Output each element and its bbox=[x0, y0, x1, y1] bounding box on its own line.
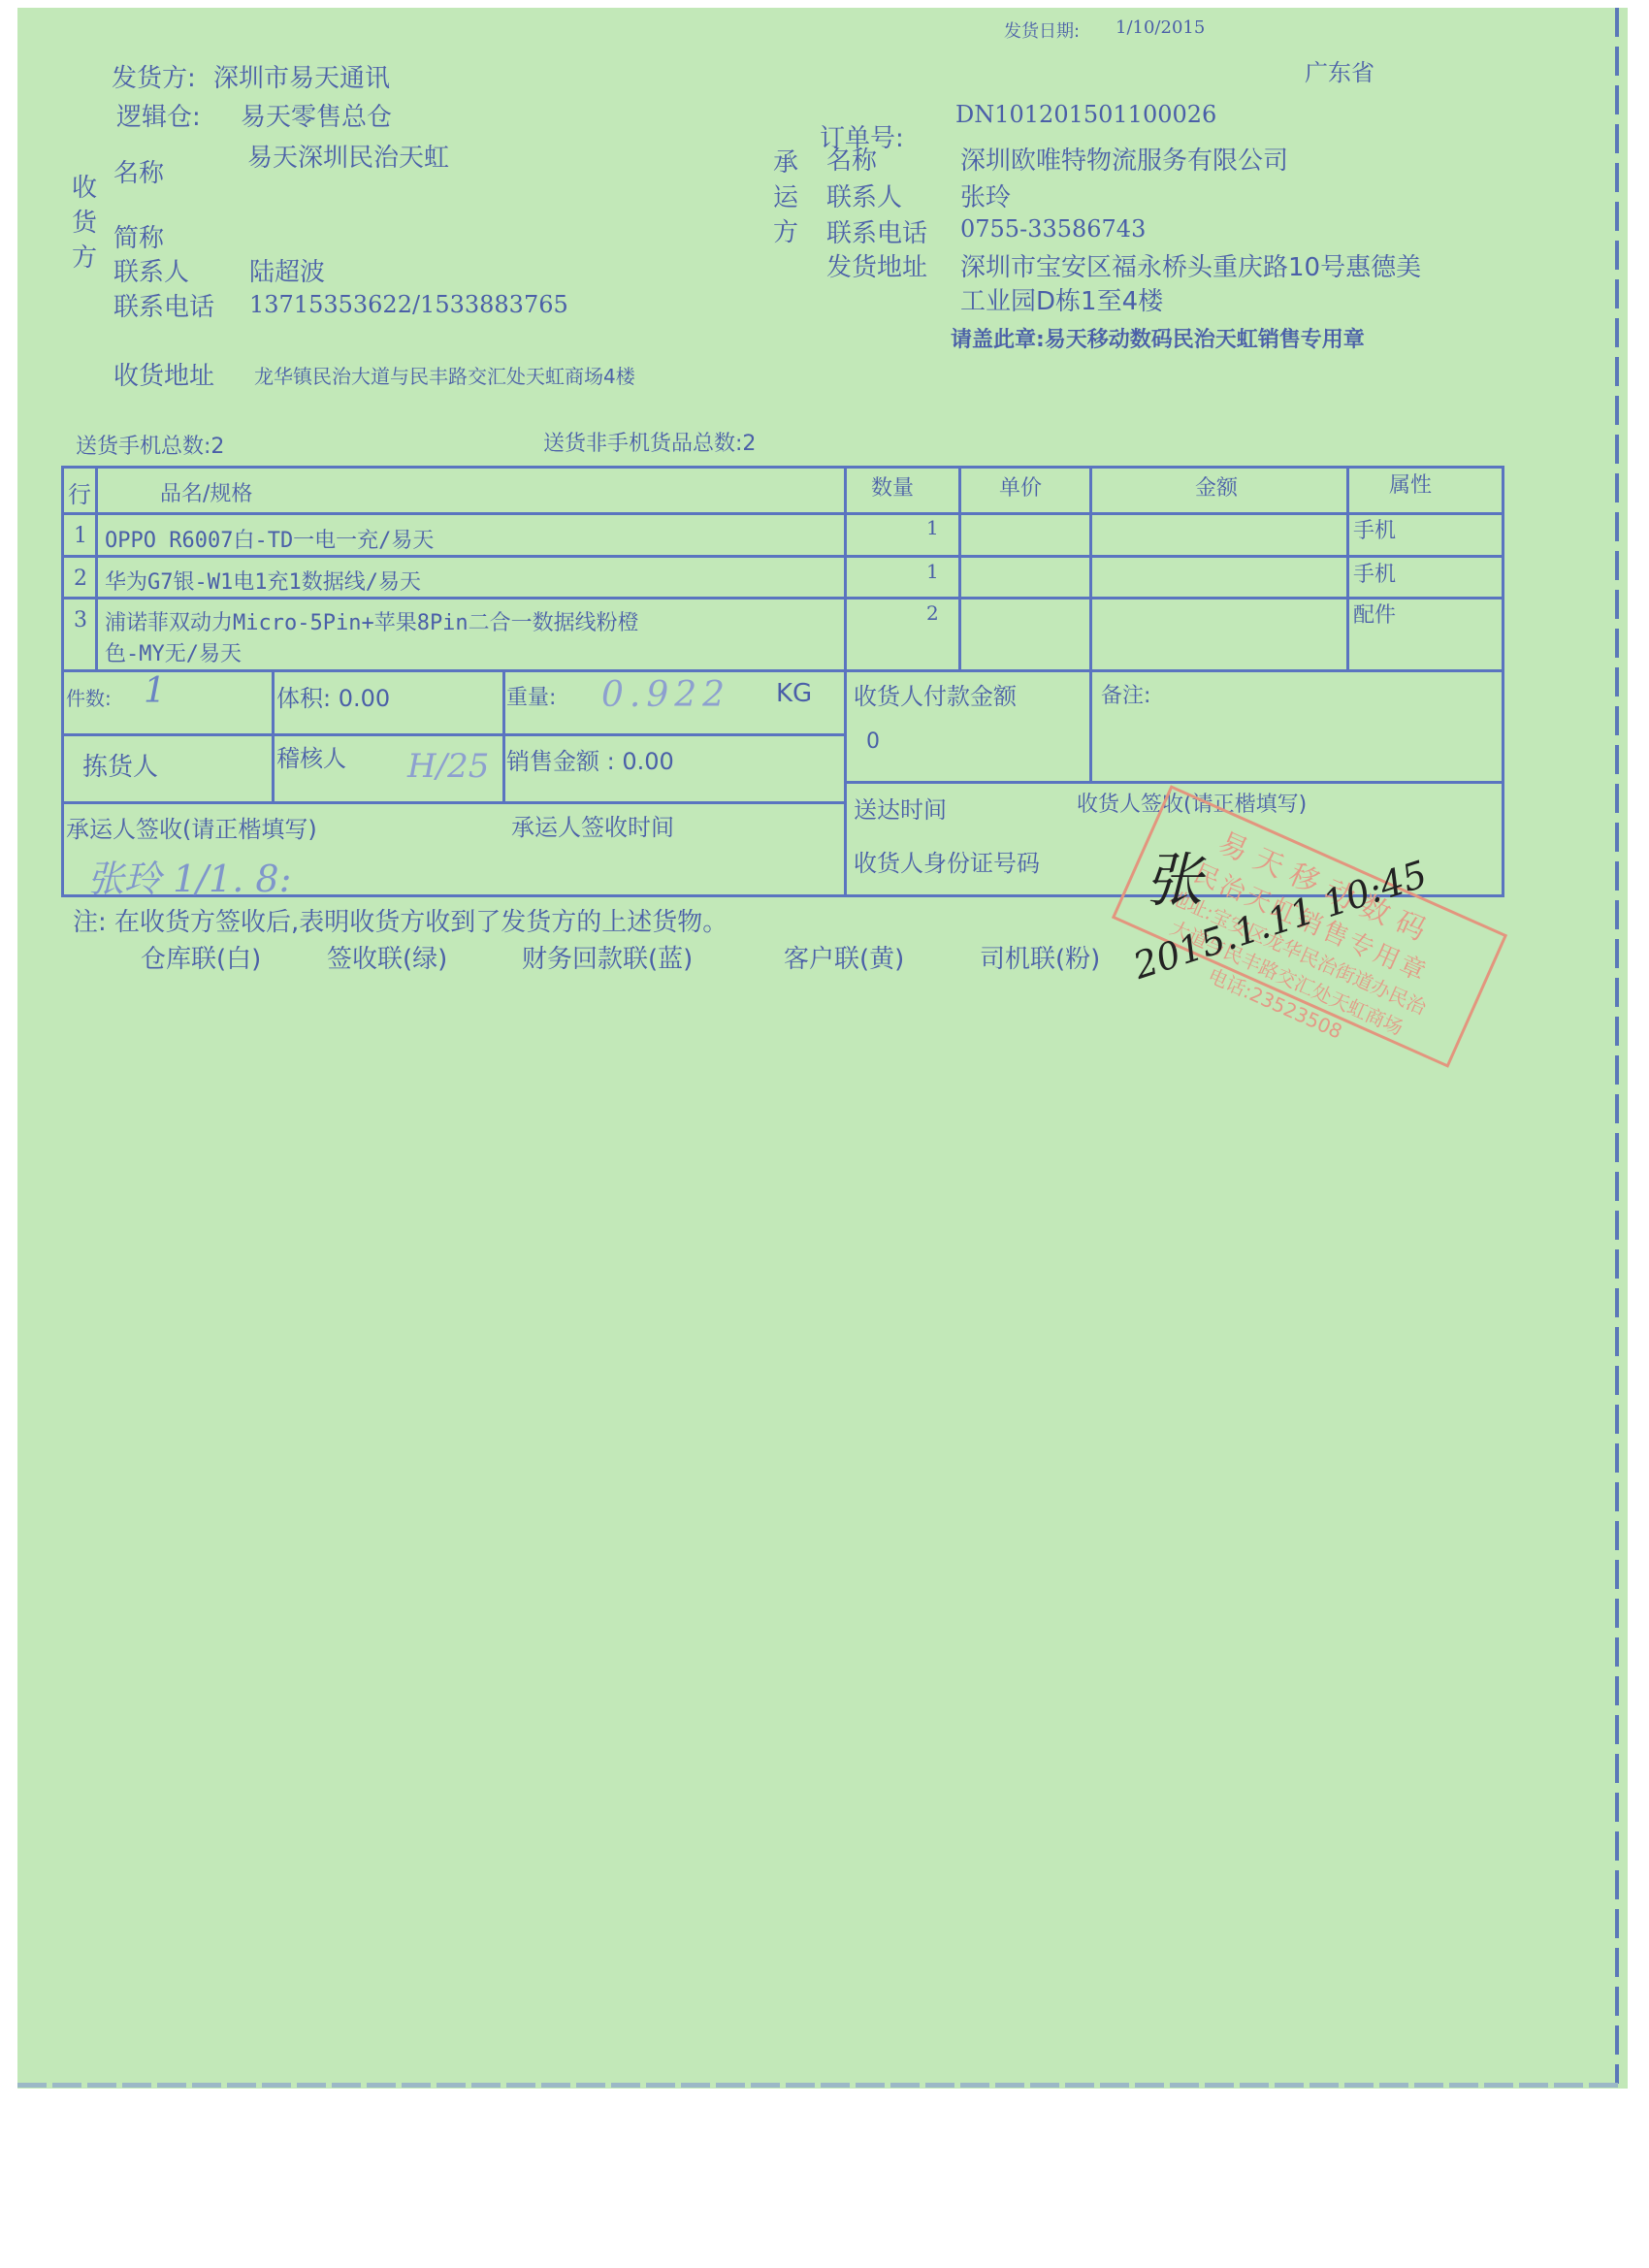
weight-label: 重量: bbox=[506, 681, 556, 711]
perforation-right bbox=[1615, 8, 1619, 2084]
ship-date: 1/10/2015 bbox=[1115, 17, 1205, 38]
col-header-attr: 属性 bbox=[1389, 469, 1432, 499]
carrier-sign-label: 承运人签收(请正楷填写) bbox=[66, 810, 317, 844]
warehouse-label: 逻辑仓: bbox=[116, 97, 201, 133]
item-name: OPPO R6007白-TD一电一充/易天 bbox=[105, 524, 434, 554]
summary-col-divider bbox=[272, 669, 275, 801]
consignee-contact-value: 陆超波 bbox=[249, 252, 325, 288]
table-border-top bbox=[61, 466, 1503, 469]
item-name: 浦诺菲双动力Micro-5Pin+苹果8Pin二合一数据线粉橙 bbox=[105, 606, 639, 636]
table-header-bottom bbox=[61, 512, 1503, 515]
item-qty: 1 bbox=[926, 516, 939, 539]
stamp-note: 请盖此章:易天移动数码民治天虹销售专用章 bbox=[951, 323, 1365, 353]
carrier-name-value: 深圳欧唯特物流服务有限公司 bbox=[960, 141, 1288, 177]
table-col-divider bbox=[1346, 466, 1349, 669]
consignee-section-label: 收 货 方 bbox=[70, 171, 99, 275]
col-header-amount: 金额 bbox=[1195, 471, 1238, 502]
col-header-name: 品名/规格 bbox=[160, 477, 252, 507]
consignee-contact-label: 联系人 bbox=[113, 252, 189, 288]
item-name-continued: 色-MY无/易天 bbox=[105, 637, 242, 667]
consignee-phone-label: 联系电话 bbox=[113, 287, 214, 323]
col-header-unit-price: 单价 bbox=[999, 471, 1042, 502]
table-row-divider bbox=[61, 597, 1503, 599]
carrier-address-line2: 工业园D栋1至4楼 bbox=[960, 281, 1163, 317]
sales-amount-label: 销售金额 : 0.00 bbox=[506, 742, 674, 776]
table-row-divider bbox=[61, 669, 1503, 672]
consignee-phone-value: 13715353622/1533883765 bbox=[249, 291, 568, 318]
remarks-label: 备注: bbox=[1101, 679, 1150, 709]
row-number: 2 bbox=[74, 567, 87, 591]
table-col-divider bbox=[844, 466, 847, 897]
item-attr: 手机 bbox=[1353, 514, 1396, 544]
consignee-address-value: 龙华镇民治大道与民丰路交汇处天虹商场4楼 bbox=[254, 361, 635, 389]
volume-label: 体积: 0.00 bbox=[276, 679, 390, 713]
item-qty: 1 bbox=[926, 560, 939, 583]
auditor-label: 稽核人 bbox=[276, 739, 346, 773]
row-number: 3 bbox=[74, 608, 87, 632]
summary-divider bbox=[847, 781, 1503, 784]
perforation-bottom bbox=[17, 2083, 1618, 2088]
order-no-value: DN101201501100026 bbox=[955, 101, 1216, 128]
table-col-divider bbox=[95, 466, 98, 669]
payment-value: 0 bbox=[866, 729, 880, 754]
item-attr: 配件 bbox=[1353, 599, 1396, 629]
carrier-address-line1: 深圳市宝安区福永桥头重庆路10号惠德美 bbox=[960, 247, 1421, 283]
receiver-signature: 张 bbox=[1145, 834, 1203, 918]
consignee-address-label: 收货地址 bbox=[113, 356, 214, 392]
payment-label: 收货人付款金额 bbox=[854, 677, 1017, 711]
item-name: 华为G7银-W1电1充1数据线/易天 bbox=[105, 566, 421, 596]
carrier-sign-time-label: 承运人签收时间 bbox=[511, 808, 674, 842]
pieces-label: 件数: bbox=[66, 683, 112, 711]
consignee-name-label: 名称 bbox=[113, 153, 164, 189]
copy-warehouse: 仓库联(白) bbox=[141, 939, 261, 975]
summary-col-divider bbox=[502, 669, 505, 801]
carrier-contact-value: 张玲 bbox=[960, 178, 1011, 213]
auditor-signature: H/25 bbox=[407, 747, 489, 786]
col-header-row: 行 bbox=[68, 475, 91, 509]
pieces-value: 1 bbox=[144, 671, 166, 711]
ship-date-label: 发货日期: bbox=[1004, 17, 1080, 43]
item-attr: 手机 bbox=[1353, 558, 1396, 588]
item-qty: 2 bbox=[926, 601, 939, 625]
row-number: 1 bbox=[74, 524, 87, 548]
carrier-address-label: 发货地址 bbox=[826, 247, 927, 283]
table-border-left bbox=[61, 466, 64, 897]
province: 广东省 bbox=[1305, 53, 1374, 87]
shipper-value: 深圳市易天通讯 bbox=[213, 58, 390, 94]
footer-note: 注: 在收货方签收后,表明收货方收到了发货方的上述货物。 bbox=[73, 902, 727, 938]
delivery-time-label: 送达时间 bbox=[854, 791, 947, 825]
weight-unit: KG bbox=[776, 679, 812, 708]
copy-customer: 客户联(黄) bbox=[784, 939, 904, 975]
table-col-divider bbox=[1089, 466, 1092, 784]
phones-total: 送货手机总数:2 bbox=[76, 430, 224, 460]
carrier-name-label: 名称 bbox=[826, 141, 877, 177]
summary-divider bbox=[61, 733, 847, 736]
carrier-phone-value: 0755-33586743 bbox=[960, 215, 1146, 243]
copy-finance: 财务回款联(蓝) bbox=[522, 939, 693, 975]
carrier-section-label: 承 运 方 bbox=[771, 146, 800, 250]
col-header-qty: 数量 bbox=[871, 471, 914, 502]
non-phones-total: 送货非手机货品总数:2 bbox=[543, 427, 756, 457]
table-row-divider bbox=[61, 555, 1503, 558]
copy-driver: 司机联(粉) bbox=[980, 939, 1100, 975]
shipper-label: 发货方: bbox=[112, 58, 196, 94]
picker-label: 拣货人 bbox=[82, 747, 158, 783]
warehouse-value: 易天零售总仓 bbox=[241, 97, 392, 133]
carrier-contact-label: 联系人 bbox=[826, 178, 902, 213]
carrier-signature: 张玲 1/1. 8: bbox=[87, 849, 291, 902]
carrier-phone-label: 联系电话 bbox=[826, 213, 927, 249]
table-col-divider bbox=[958, 466, 961, 669]
receiver-id-label: 收货人身份证号码 bbox=[854, 844, 1040, 878]
summary-divider bbox=[61, 801, 847, 804]
table-border-right bbox=[1502, 466, 1504, 897]
copy-receipt: 签收联(绿) bbox=[327, 939, 447, 975]
weight-value: 0.922 bbox=[601, 675, 730, 715]
consignee-abbr-label: 简称 bbox=[113, 218, 164, 254]
consignee-name-value: 易天深圳民治天虹 bbox=[247, 138, 449, 174]
